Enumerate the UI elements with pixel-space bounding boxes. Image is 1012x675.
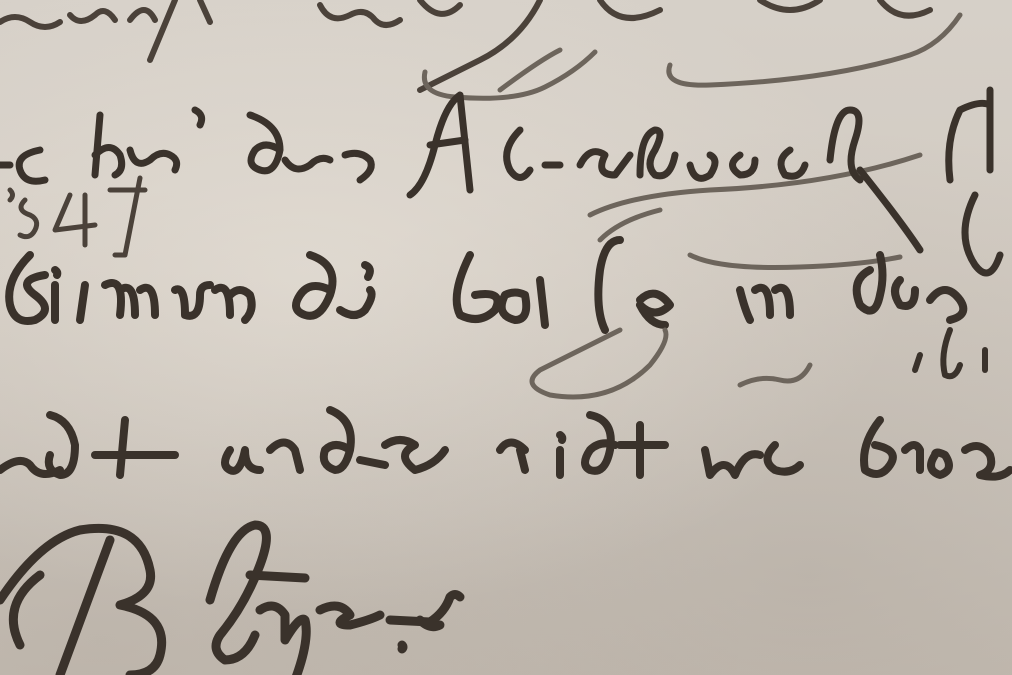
line-4-strokes <box>0 410 1010 477</box>
handwriting-strokes <box>0 0 1012 675</box>
line-3-strokes <box>9 240 963 330</box>
manuscript-page: …w-ssft van … …ctw dos Alder voogh… 1547… <box>0 0 1012 675</box>
line-5-strokes <box>0 525 460 675</box>
descender-loop <box>532 330 810 397</box>
margin-year-strokes <box>10 178 145 255</box>
superscript-strokes <box>915 330 985 376</box>
flourish-strokes <box>424 15 960 268</box>
line-2-strokes <box>0 90 1000 273</box>
